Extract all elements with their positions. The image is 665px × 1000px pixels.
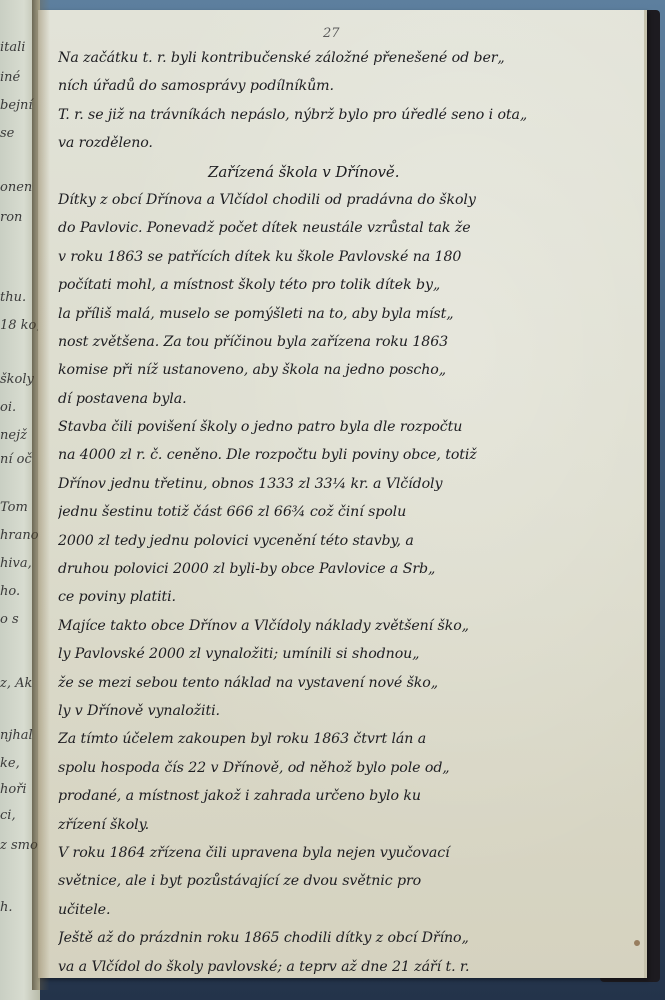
text-line: druhou polovici 2000 zl byli-by obce Pav… xyxy=(58,555,636,583)
text-line: zřízení školy. xyxy=(58,811,636,839)
text-line: ních úřadů do samosprávy podílníkům. xyxy=(58,72,636,100)
prev-page-fragment: školy xyxy=(0,372,34,387)
prev-page-fragment: njhal xyxy=(0,728,33,743)
text-line: prodané, a místnost jakož i zahrada urče… xyxy=(58,782,636,810)
prev-page-fragment: bejní xyxy=(0,98,33,113)
text-line: že se mezi sebou tento náklad na vystave… xyxy=(58,669,636,697)
photo-scene: itali iné bejní se onen ron thu. 18 ko„ … xyxy=(0,0,665,1000)
text-line: T. r. se již na trávníkách nepáslo, nýbr… xyxy=(58,101,636,129)
prev-page-fragment: ke, xyxy=(0,756,20,771)
text-line: V roku 1864 zřízena čili upravena byla n… xyxy=(58,839,636,867)
prev-page-fragment: ron xyxy=(0,210,22,225)
prev-page-fragment: ní oč xyxy=(0,452,32,467)
book-gutter-shadow xyxy=(32,0,50,990)
text-line: Na začátku t. r. byli kontribučenské zál… xyxy=(58,44,636,72)
prev-page-fragment: se xyxy=(0,126,14,141)
text-line: do Pavlovic. Ponevadž počet dítek neustá… xyxy=(58,214,636,242)
text-line: Ještě až do prázdnin roku 1865 chodili d… xyxy=(58,924,636,952)
prev-page-fragment: oi. xyxy=(0,400,16,415)
text-line: va a Vlčídol do školy pavlovské; a teprv… xyxy=(58,953,636,981)
prev-page-fragment: ci, xyxy=(0,808,16,823)
text-line: Za tímto účelem zakoupen byl roku 1863 č… xyxy=(58,725,636,753)
prev-page-fragment: hiva, xyxy=(0,556,32,571)
text-line: ce poviny platiti. xyxy=(58,583,636,611)
prev-page-fragment: nejž xyxy=(0,428,27,443)
text-line: v roku 1863 se patřících dítek ku škole … xyxy=(58,243,636,271)
text-line: jednu šestinu totiž část 666 zl 66¾ což … xyxy=(58,498,636,526)
text-line: Stavba čili povišení školy o jedno patro… xyxy=(58,413,636,441)
text-line: nost zvětšena. Za tou příčinou byla zaří… xyxy=(58,328,636,356)
prev-page-fragment: h. xyxy=(0,900,13,915)
text-line: počítati mohl, a místnost školy této pro… xyxy=(58,271,636,299)
text-line: dí postavena byla. xyxy=(58,385,636,413)
prev-page-fragment: itali xyxy=(0,40,25,55)
prev-page-fragment: onen xyxy=(0,180,32,195)
section-heading: Zařízená škola v Dřínově. xyxy=(58,158,636,186)
prev-page-fragment: iné xyxy=(0,70,20,85)
text-line: la příliš malá, muselo se pomýšleti na t… xyxy=(58,300,636,328)
text-line: ly v Dřínově vynaložiti. xyxy=(58,697,636,725)
text-line: spolu hospoda čís 22 v Dřínově, od něhož… xyxy=(58,754,636,782)
page-number: 27 xyxy=(323,26,340,41)
text-line: na 4000 zl r. č. ceněno. Dle rozpočtu by… xyxy=(58,441,636,469)
prev-page-fragment: thu. xyxy=(0,290,26,305)
text-line: učitele. xyxy=(58,896,636,924)
text-line: va rozděleno. xyxy=(58,129,636,157)
prev-page-fragment: o s xyxy=(0,612,19,627)
manuscript-page: 27 Na začátku t. r. byli kontribučenské … xyxy=(38,10,647,978)
text-line: 2000 zl tedy jednu polovici vycenění tét… xyxy=(58,527,636,555)
text-line: Dřínov jednu třetinu, obnos 1333 zl 33¼ … xyxy=(58,470,636,498)
prev-page-fragment: Tom xyxy=(0,500,28,515)
prev-page-fragment: ho. xyxy=(0,584,20,599)
ink-stain xyxy=(634,940,640,946)
text-line: Majíce takto obce Dřínov a Vlčídoly nákl… xyxy=(58,612,636,640)
text-line: Dítky z obcí Dřínova a Vlčídol chodili o… xyxy=(58,186,636,214)
handwritten-text: Na začátku t. r. byli kontribučenské zál… xyxy=(58,44,636,981)
text-line: ly Pavlovské 2000 zl vynaložiti; umínili… xyxy=(58,640,636,668)
prev-page-fragment: z, Ak xyxy=(0,676,32,691)
text-line: světnice, ale i byt pozůstávající ze dvo… xyxy=(58,867,636,895)
text-line: komise při níž ustanoveno, aby škola na … xyxy=(58,356,636,384)
prev-page-fragment: hoři xyxy=(0,782,27,797)
